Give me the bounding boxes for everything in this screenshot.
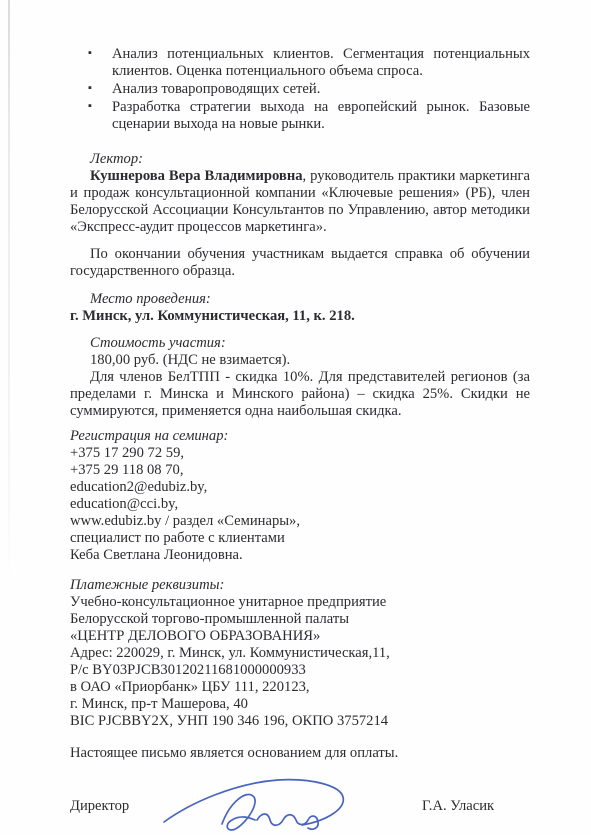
payment-account: Р/с BY03PJCB30120211681000000933 bbox=[70, 662, 530, 679]
registration-phone-2: +375 29 118 08 70, bbox=[70, 462, 530, 479]
certificate-note: По окончании обучения участникам выдаетс… bbox=[70, 246, 530, 280]
lecturer-heading: Лектор: bbox=[70, 151, 530, 168]
venue-heading: Место проведения: bbox=[70, 291, 530, 308]
payment-bank: в ОАО «Приорбанк» ЦБУ 111, 220123, bbox=[70, 679, 530, 696]
bullet-item: ▪ Анализ потенциальных клиентов. Сегмент… bbox=[70, 46, 530, 80]
bullet-text: Анализ потенциальных клиентов. Сегментац… bbox=[112, 46, 530, 79]
signature bbox=[160, 776, 350, 835]
registration-contact-name: Кеба Светлана Леонидовна. bbox=[70, 547, 530, 564]
scanned-letter-page: ▪ Анализ потенциальных клиентов. Сегмент… bbox=[0, 0, 591, 835]
bullet-item: ▪ Анализ товаропроводящих сетей. bbox=[70, 81, 530, 98]
signature-letter-stroke bbox=[222, 794, 255, 830]
registration-contact-role: специалист по работе с клиентами bbox=[70, 530, 530, 547]
payment-address: Адрес: 220029, г. Минск, ул. Коммунистич… bbox=[70, 645, 530, 662]
price-heading: Стоимость участия: bbox=[70, 335, 530, 352]
registration-heading: Регистрация на семинар: bbox=[70, 428, 530, 445]
registration-email-2: education@cci.by, bbox=[70, 496, 530, 513]
topic-bullet-list: ▪ Анализ потенциальных клиентов. Сегмент… bbox=[70, 46, 530, 133]
letter-content: ▪ Анализ потенциальных клиентов. Сегмент… bbox=[70, 46, 530, 835]
payment-org-name: «ЦЕНТР ДЕЛОВОГО ОБРАЗОВАНИЯ» bbox=[70, 628, 530, 645]
bullet-text: Анализ товаропроводящих сетей. bbox=[112, 81, 320, 97]
venue-address: г. Минск, ул. Коммунистическая, 11, к. 2… bbox=[70, 308, 530, 325]
signature-squiggle-stroke bbox=[257, 814, 318, 829]
signature-svg bbox=[160, 776, 350, 835]
registration-phone-1: +375 17 290 72 59, bbox=[70, 445, 530, 462]
payment-org-line-2: Белорусской торгово-промышленной палаты bbox=[70, 611, 530, 628]
registration-website: www.edubiz.by / раздел «Семинары», bbox=[70, 513, 530, 530]
scan-edge-shadow bbox=[8, 0, 10, 585]
square-bullet-icon: ▪ bbox=[88, 80, 92, 97]
bullet-item: ▪ Разработка стратегии выхода на европей… bbox=[70, 99, 530, 133]
registration-email-1: education2@edubiz.by, bbox=[70, 479, 530, 496]
price-discounts: Для членов БелТПП - скидка 10%. Для пред… bbox=[70, 369, 530, 420]
payment-org-line-1: Учебно-консультационное унитарное предпр… bbox=[70, 594, 530, 611]
square-bullet-icon: ▪ bbox=[88, 45, 92, 62]
signature-row: Директор Г.А. Уласик bbox=[70, 776, 530, 835]
square-bullet-icon: ▪ bbox=[88, 98, 92, 115]
director-label: Директор bbox=[70, 776, 158, 815]
lecturer-name: Кушнерова Вера Владимировна bbox=[90, 168, 303, 184]
payment-codes: BIC PJCBBY2X, УНП 190 346 196, ОКПО 3757… bbox=[70, 713, 530, 730]
payment-basis-note: Настоящее письмо является основанием для… bbox=[70, 745, 530, 762]
price-amount: 180,00 руб. (НДС не взимается). bbox=[70, 352, 530, 369]
lecturer-paragraph: Кушнерова Вера Владимировна, руководител… bbox=[70, 168, 530, 236]
bullet-text: Разработка стратегии выхода на европейск… bbox=[112, 99, 530, 132]
payment-bank-address: г. Минск, пр-т Машерова, 40 bbox=[70, 696, 530, 713]
payment-heading: Платежные реквизиты: bbox=[70, 577, 530, 594]
signature-strokes bbox=[164, 780, 343, 830]
director-name: Г.А. Уласик bbox=[422, 776, 494, 815]
